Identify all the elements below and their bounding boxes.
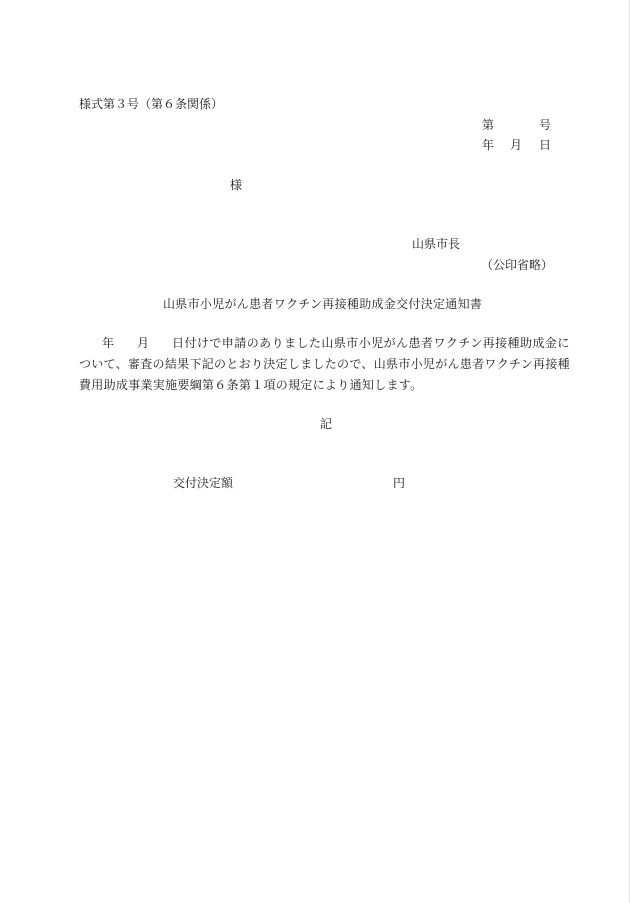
form-number: 様式第３号（第６条関係） (79, 98, 223, 110)
body-year-label: 年 (102, 337, 114, 349)
body-line-1-text: 日付けで申請のありました山県市小児がん患者ワクチン再接種助成金に (172, 337, 570, 349)
date-month-label: 月 (510, 139, 522, 151)
document-title: 山県市小児がん患者ワクチン再接種助成金交付決定通知書 (163, 298, 482, 310)
document-page: 様式第３号（第６条関係） 第 号 年 月 日 様 山県市長 （公印省略） 山県市… (0, 0, 630, 903)
addressee-suffix: 様 (230, 179, 242, 191)
issuer-name: 山県市長 (412, 238, 460, 250)
date-day-label: 日 (539, 139, 551, 151)
date-year-label: 年 (482, 139, 494, 151)
document-number-prefix: 第 (482, 119, 494, 131)
seal-omitted-note: （公印省略） (481, 259, 553, 271)
body-line-3: 費用助成事業実施要綱第６条第１項の規定により通知します。 (79, 379, 422, 391)
decision-amount-unit: 円 (393, 477, 405, 489)
body-month-label: 月 (137, 337, 149, 349)
document-number-suffix: 号 (539, 119, 551, 131)
decision-amount-label: 交付決定額 (173, 477, 233, 489)
note-heading: 記 (320, 418, 332, 430)
body-line-2: ついて、審査の結果下記のとおり決定しましたので、山県市小児がん患者ワクチン再接種 (79, 358, 570, 370)
